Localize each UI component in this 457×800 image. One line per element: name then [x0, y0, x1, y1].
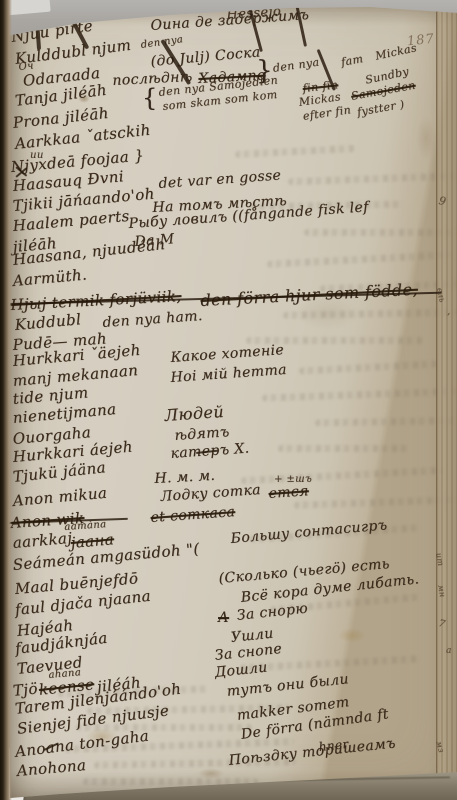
manuscript-page: 187 danjihHessejoNjüü pirtēОина де задер… [0, 0, 457, 800]
manuscript-photo: 187 danjihHessejoNjüü pirtēОина де задер… [0, 0, 457, 800]
ms-gloss: Людей [164, 402, 225, 425]
ms-word: aarkkaj [12, 529, 73, 552]
ms-gloss: det var en gosse [158, 167, 282, 192]
ms-margin-mark: мз [434, 740, 446, 754]
ms-word: Aarmüth. [12, 266, 88, 290]
ms-gloss: Ноі мій hemma [170, 362, 287, 386]
ms-annotation: + ±шъ [274, 474, 312, 485]
ms-word: Anon mikua [12, 484, 108, 510]
ms-gloss: et cоткаса [150, 504, 236, 526]
page-number: 187 [406, 32, 435, 50]
ink-slash [28, 17, 62, 27]
ms-margin-mark: ь [437, 297, 447, 303]
ms-word: Kuddubl [14, 310, 82, 334]
book-spine-gutter [0, 0, 12, 800]
ms-margin-mark: а [446, 646, 452, 656]
ms-gloss: den nya ham. [102, 308, 203, 331]
ms-annotation: danjih [74, 2, 109, 16]
ms-gloss: Оина де задержимъ [150, 7, 310, 34]
ms-gloss: А [218, 610, 229, 626]
ms-margin-mark: ит [434, 552, 445, 567]
ms-margin-mark: 9 [438, 194, 448, 208]
ms-margin-mark: , [447, 306, 451, 317]
ms-margin-mark: 7 [437, 618, 446, 630]
ms-gloss: Большу сонтасигръ [230, 517, 388, 547]
ms-brace: { [142, 84, 158, 112]
ms-annotation: fam [340, 52, 364, 69]
ms-gloss: ется [268, 483, 309, 502]
ms-annotation: fystter ) [356, 98, 405, 119]
handwriting-layer: 187 danjihHessejoNjüü pirtēОина де задер… [0, 0, 457, 800]
ms-gloss: ѣдятъ [174, 424, 230, 444]
ms-margin-mark: мн [436, 584, 447, 598]
ms-annotation: den nya [272, 55, 320, 74]
ms-gloss: Н. м. м. [154, 468, 216, 487]
